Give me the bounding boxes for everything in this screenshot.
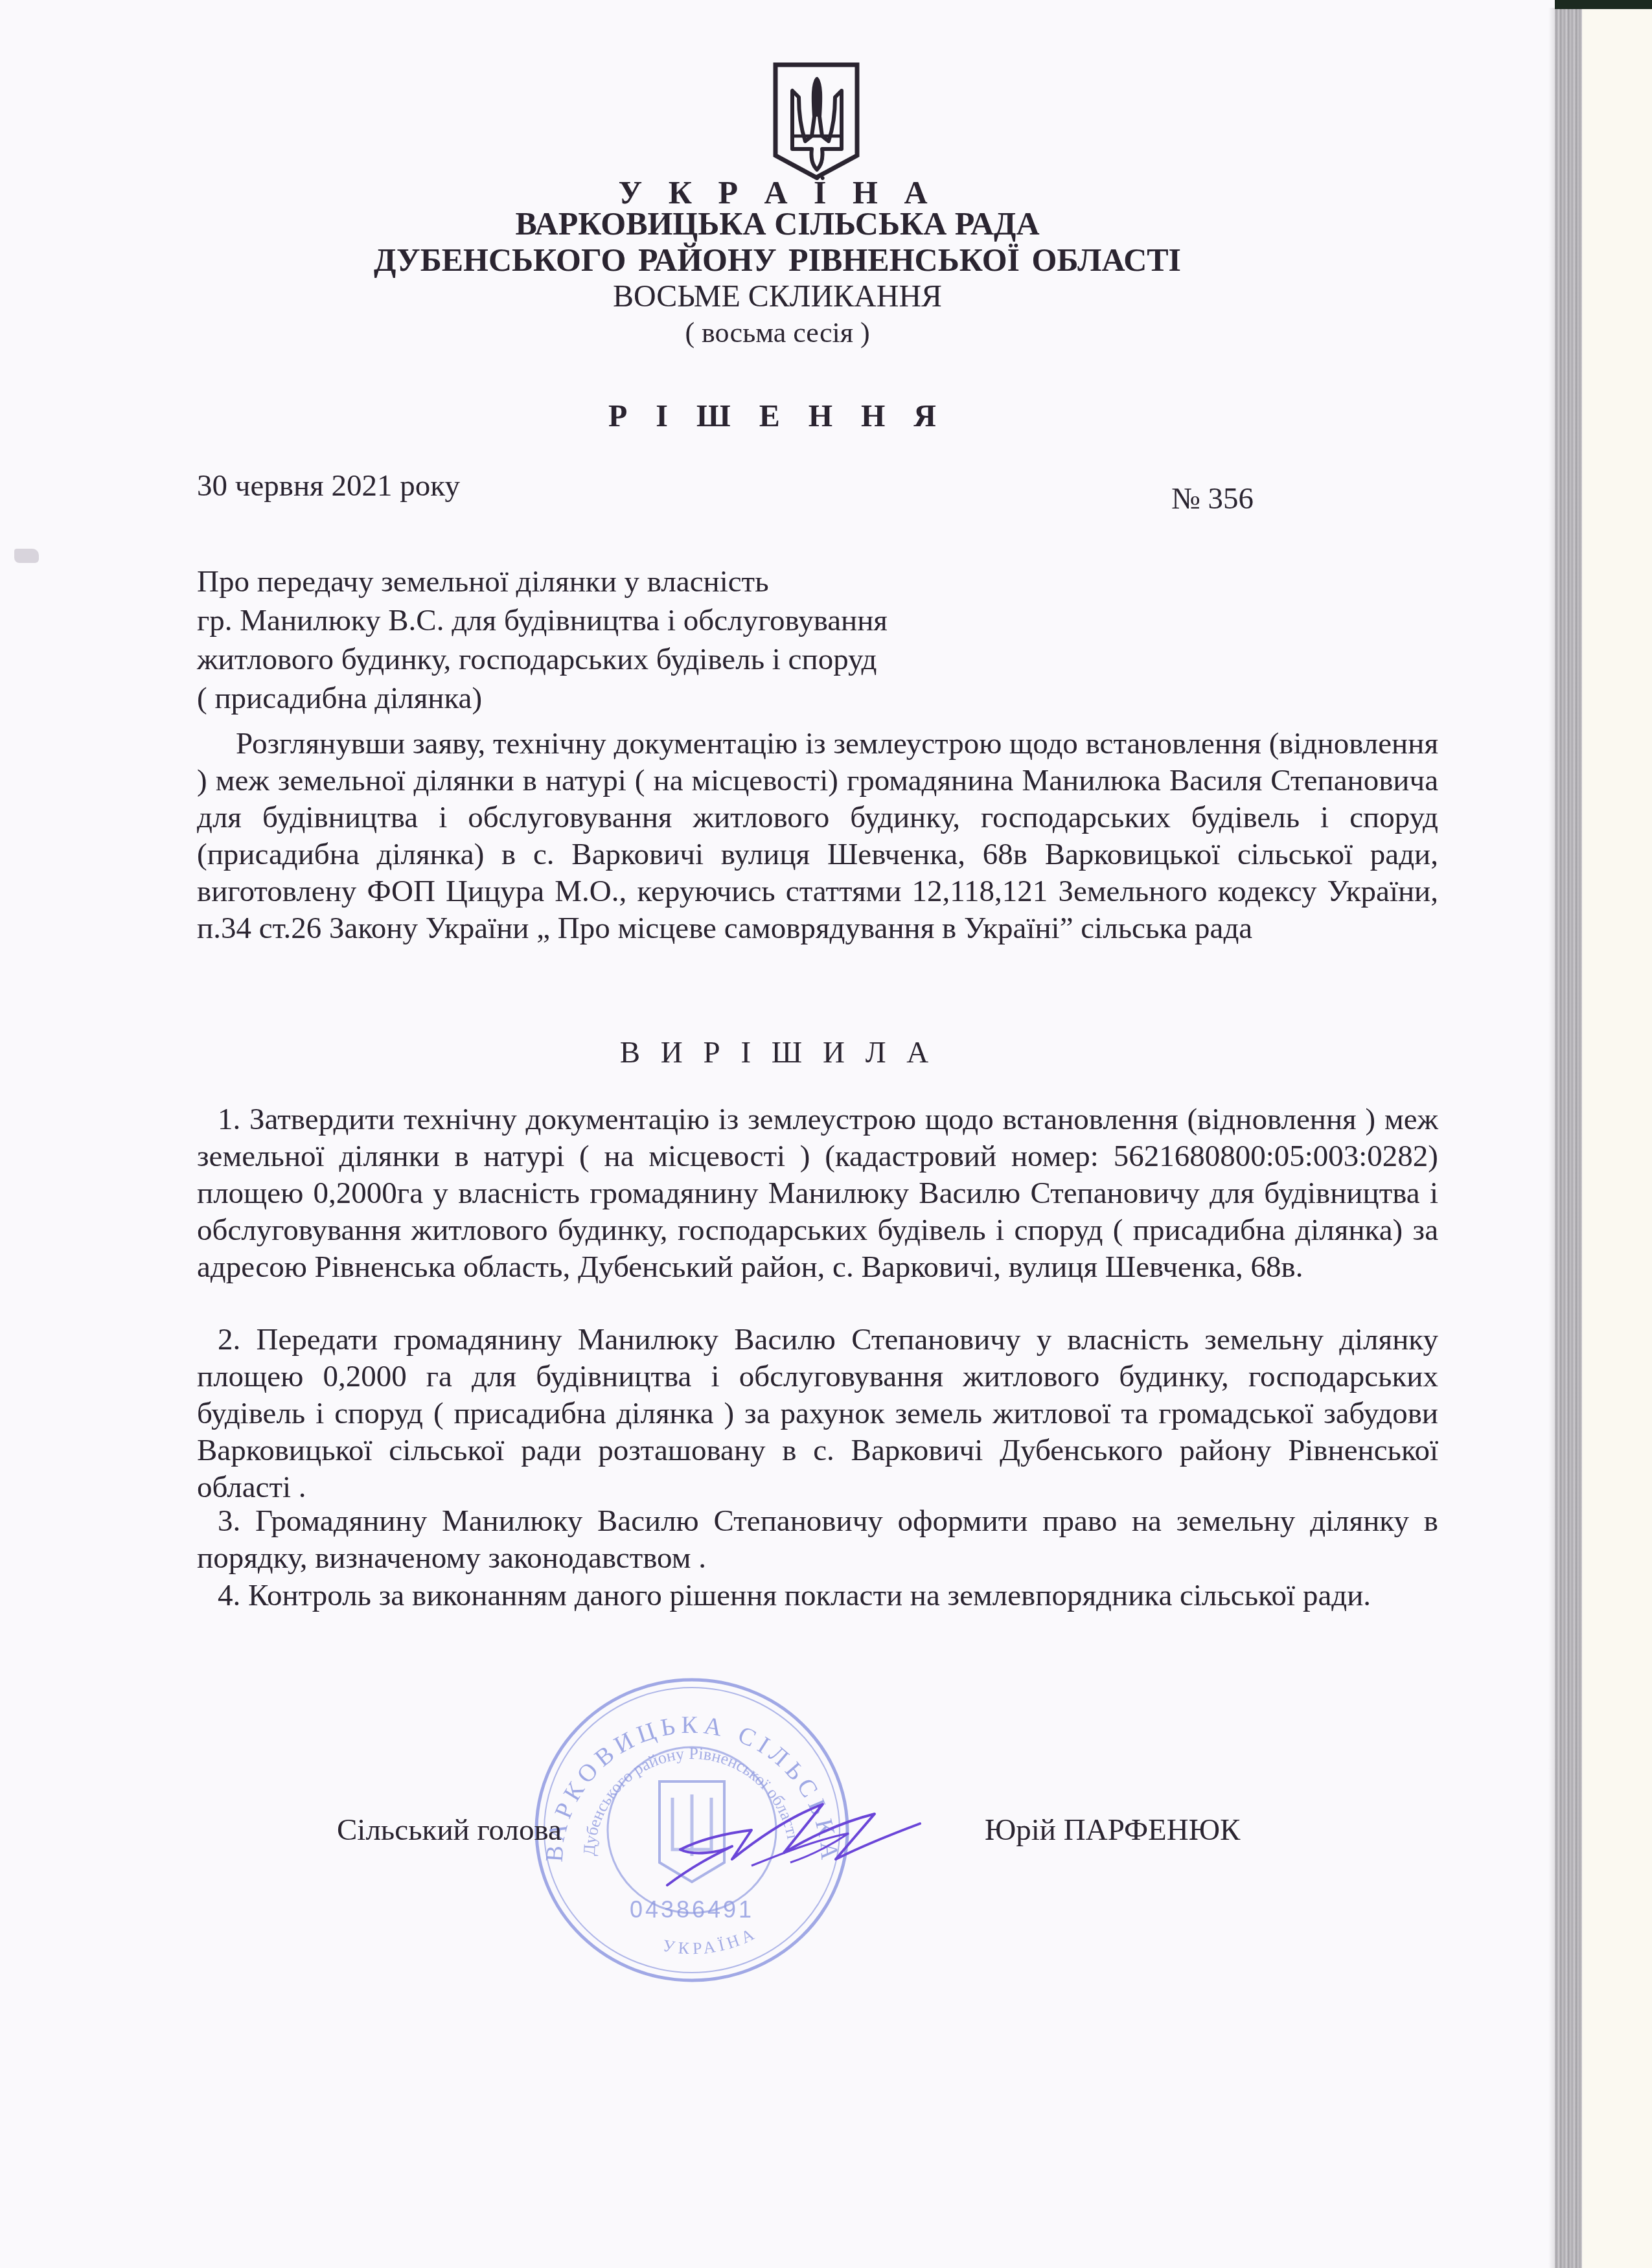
scan-binding-edge — [1555, 8, 1582, 2268]
document-number: № 356 — [1171, 479, 1254, 518]
signatory-role: Сільський голова — [337, 1811, 562, 1850]
svg-text:УКРАЇНА: УКРАЇНА — [661, 1923, 761, 1958]
resolution-item-3: 3. Громадянину Манилюку Василю Степанови… — [197, 1503, 1438, 1577]
resolved-heading: В И Р І Ш И Л А — [0, 1035, 1555, 1070]
document-page: У К Р А Ї Н А ВАРКОВИЦЬКА СІЛЬСЬКА РАДА … — [0, 0, 1555, 2268]
preamble-paragraph: Розглянувши заяву, технічну документацію… — [197, 726, 1438, 947]
header-convocation: ВОСЬМЕ СКЛИКАННЯ — [0, 279, 1555, 314]
handwritten-signature — [654, 1794, 926, 1892]
subject-line: житлового будинку, господарських будівел… — [197, 640, 888, 679]
subject-line: ( присадибна ділянка) — [197, 679, 888, 718]
header-council: ВАРКОВИЦЬКА СІЛЬСЬКА РАДА — [0, 205, 1555, 242]
stamp-code: 04386491 — [630, 1896, 754, 1923]
coat-of-arms-trident-icon — [773, 58, 861, 180]
signatory-name: Юрій ПАРФЕНЮК — [985, 1811, 1240, 1850]
resolution-item-4: 4. Контроль за виконанням даного рішення… — [197, 1577, 1438, 1614]
scan-background-strip — [1582, 8, 1652, 2268]
resolution-item-1: 1. Затвердити технічну документацію із з… — [197, 1101, 1438, 1286]
header-session: ( восьма сесія ) — [0, 316, 1555, 349]
scan-smudge — [14, 549, 39, 563]
scan-top-bar — [1555, 0, 1652, 9]
document-subject: Про передачу земельної ділянки у власніс… — [197, 562, 888, 718]
document-type-title: Р І Ш Е Н Н Я — [0, 398, 1555, 434]
header-district: ДУБЕНСЬКОГО РАЙОНУ РІВНЕНСЬКОЇ ОБЛАСТІ — [0, 241, 1555, 279]
document-date: 30 червня 2021 року — [197, 466, 460, 505]
subject-line: гр. Манилюку В.С. для будівництва і обсл… — [197, 601, 888, 640]
stamp-bottom-text: УКРАЇНА — [661, 1923, 761, 1958]
subject-line: Про передачу земельної ділянки у власніс… — [197, 562, 888, 601]
resolution-item-2: 2. Передати громадянину Манилюку Василю … — [197, 1322, 1438, 1506]
